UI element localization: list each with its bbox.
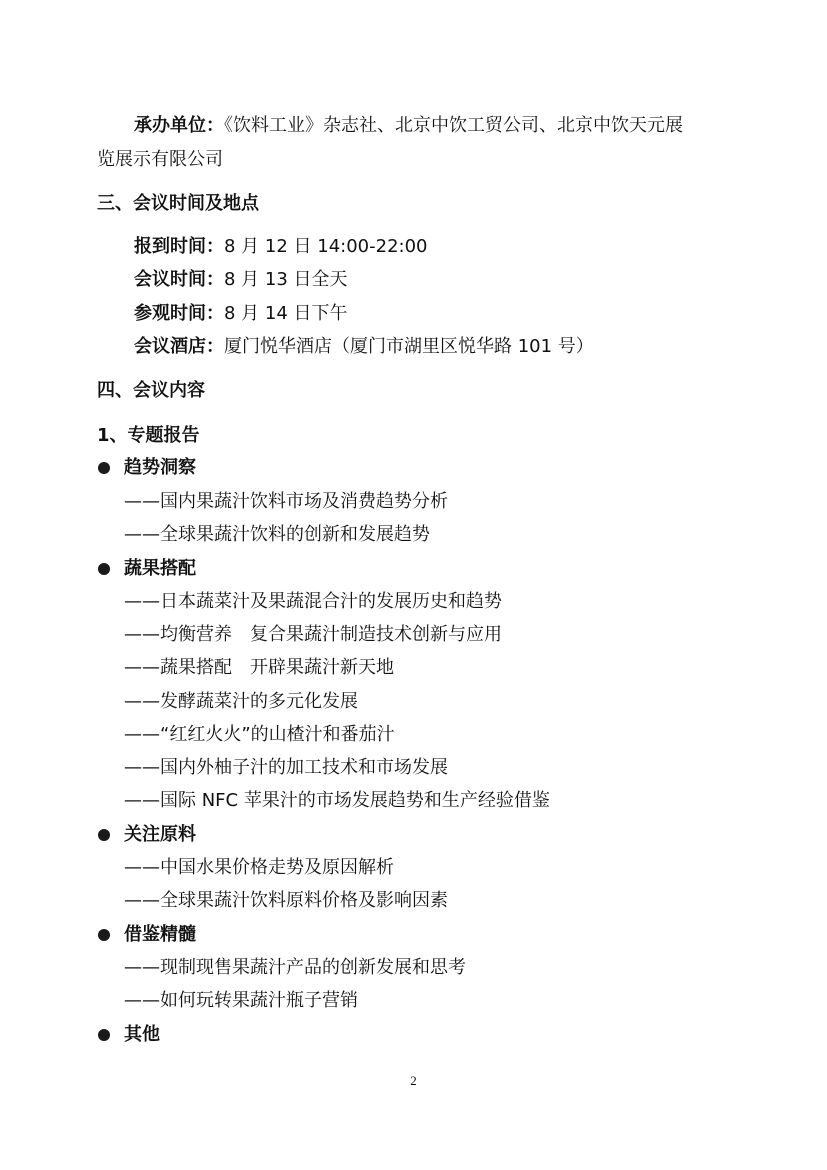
list-item: ——日本蔬菜汁及果蔬混合汁的发展历史和趋势 [124,590,502,614]
section3-heading: 三、会议时间及地点 [97,192,259,216]
schedule-item-visit: 参观时间：8 月 14 日下午 [134,302,348,326]
list-item: ——现制现售果蔬汁产品的创新发展和思考 [124,956,466,980]
list-item: ——国际 NFC 苹果汁的市场发展趋势和生产经验借鉴 [124,789,550,813]
schedule-value: 8 月 14 日下午 [224,303,348,324]
list-item: ——全球果蔬汁饮料原料价格及影响因素 [124,889,448,913]
list-item: ——中国水果价格走势及原因解析 [124,856,394,880]
schedule-label: 会议酒店： [134,336,224,357]
list-item: ——“红红火火”的山楂汁和番茄汁 [124,723,395,747]
schedule-label: 报到时间： [134,236,224,257]
schedule-value: 8 月 12 日 14:00-22:00 [224,236,427,257]
schedule-item-meeting: 会议时间：8 月 13 日全天 [134,268,348,292]
section4-heading: 四、会议内容 [97,379,205,403]
group-title-other: 其他 [124,1023,160,1047]
schedule-value: 8 月 13 日全天 [224,269,348,290]
list-item: ——如何玩转果蔬汁瓶子营销 [124,989,358,1013]
list-item: ——蔬果搭配 开辟果蔬汁新天地 [124,656,394,680]
organizer-text: 《饮料工业》杂志社、北京中饮工贸公司、北京中饮天元展 [224,115,683,136]
list-item: ——均衡营养 复合果蔬汁制造技术创新与应用 [124,623,502,647]
schedule-item-checkin: 报到时间：8 月 12 日 14:00-22:00 [134,235,427,259]
bullet-icon [98,1029,110,1041]
schedule-item-hotel: 会议酒店：厦门悦华酒店（厦门市湖里区悦华路 101 号） [134,335,594,359]
list-item: ——全球果蔬汁饮料的创新和发展趋势 [124,523,430,547]
bullet-icon [98,829,110,841]
group-title-pairing: 蔬果搭配 [124,557,196,581]
group-title-materials: 关注原料 [124,823,196,847]
organizer-line-2: 览展示有限公司 [97,148,223,172]
group-title-trends: 趋势洞察 [124,456,196,480]
group-title-lessons: 借鉴精髓 [124,923,196,947]
list-item: ——国内果蔬汁饮料市场及消费趋势分析 [124,490,448,514]
organizer-label: 承办单位： [134,115,224,136]
list-item: ——发酵蔬菜汁的多元化发展 [124,690,358,714]
schedule-label: 参观时间： [134,303,224,324]
list-item: ——国内外柚子汁的加工技术和市场发展 [124,756,448,780]
schedule-label: 会议时间： [134,269,224,290]
page-number: 2 [0,1073,827,1089]
bullet-icon [98,462,110,474]
bullet-icon [98,563,110,575]
bullet-icon [98,929,110,941]
section4-subheading: 1、专题报告 [97,424,200,448]
schedule-value: 厦门悦华酒店（厦门市湖里区悦华路 101 号） [224,336,594,357]
organizer-line-1: 承办单位：《饮料工业》杂志社、北京中饮工贸公司、北京中饮天元展 [134,114,683,138]
